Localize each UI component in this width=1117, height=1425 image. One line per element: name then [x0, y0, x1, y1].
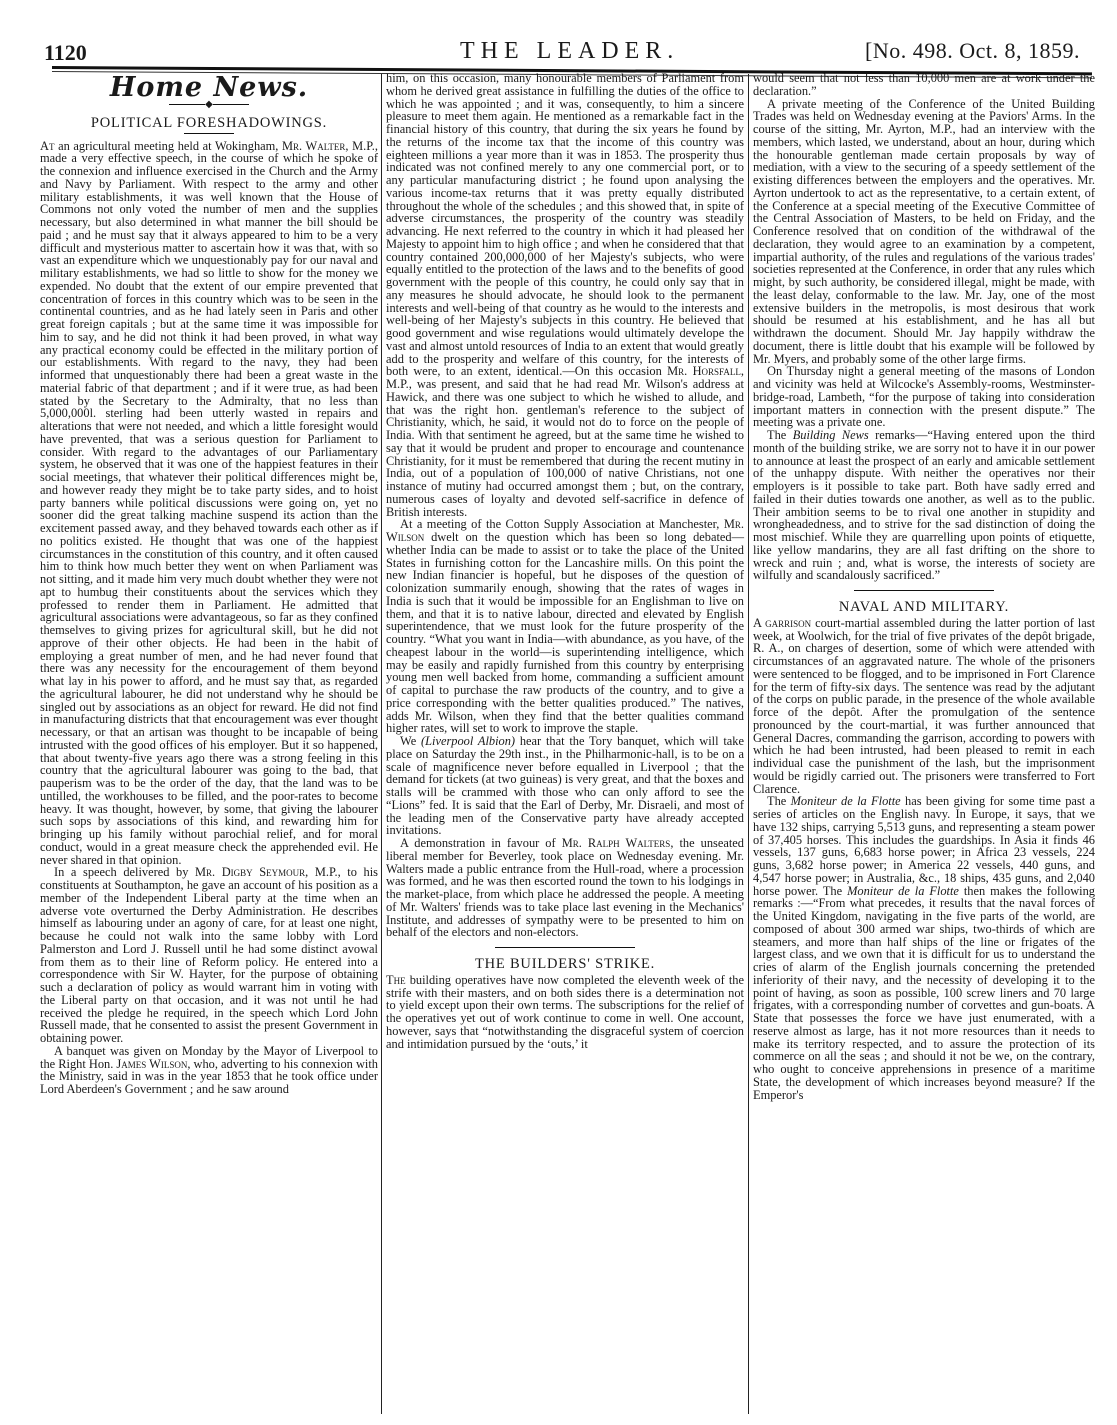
section-separator [854, 590, 994, 591]
text-run: remarks—“Having entered upon the third m… [753, 428, 1095, 582]
section-separator [495, 947, 635, 948]
article-paragraph: The Moniteur de la Flotte has been givin… [753, 795, 1095, 1101]
article-paragraph: On Thursday night a general meeting of t… [753, 365, 1095, 429]
column-2: him, on this occasion, many honourable m… [386, 72, 744, 1050]
text-run: building operatives have now completed t… [386, 973, 744, 1051]
masthead-title: THE LEADER. [460, 38, 679, 65]
article-paragraph: him, on this occasion, many honourable m… [386, 72, 744, 518]
article-paragraph: We (Liverpool Albion) hear that the Tory… [386, 735, 744, 837]
text-run: hear that the Tory banquet, which will t… [386, 734, 744, 837]
column-divider [381, 74, 382, 1414]
column-1: Home News. ◆ POLITICAL FORESHADOWINGS. A… [40, 72, 378, 1096]
page-number: 1120 [44, 40, 87, 66]
section-title: NAVAL AND MILITARY. [753, 601, 1095, 614]
text-run: , M.P., made a very effective speech, in… [40, 139, 378, 867]
ornament-divider-icon: ◆ [40, 101, 378, 109]
text-run: then makes the following remarks :—“From… [753, 884, 1095, 1102]
section-title: POLITICAL FORESHADOWINGS. [40, 117, 378, 130]
text-run: him, on this occasion, many honourable m… [386, 71, 744, 378]
text-run: court-martial assembled during the latte… [753, 616, 1095, 796]
text-run: dwelt on the question which has been so … [386, 530, 744, 735]
department-heading: Home News. [40, 82, 378, 95]
article-paragraph: would seem that not less than 10,000 men… [753, 72, 1095, 98]
column-divider [748, 74, 749, 1414]
text-run: has been giving for some time past a ser… [753, 794, 1095, 897]
section-title: THE BUILDERS' STRIKE. [386, 958, 744, 971]
article-paragraph: In a speech delivered by Mr. Digby Seymo… [40, 866, 378, 1045]
article-paragraph: The building operatives have now complet… [386, 974, 744, 1051]
article-paragraph: A demonstration in favour of Mr. Ralph W… [386, 837, 744, 939]
article-paragraph: A banquet was given on Monday by the May… [40, 1045, 378, 1096]
article-paragraph: The Building News remarks—“Having entere… [753, 429, 1095, 582]
article-paragraph: A private meeting of the Conference of t… [753, 98, 1095, 366]
short-rule [184, 133, 234, 134]
column-3: would seem that not less than 10,000 men… [753, 72, 1095, 1101]
issue-date: [No. 498. Oct. 8, 1859. [865, 38, 1080, 64]
article-paragraph: A garrison court-martial assembled durin… [753, 617, 1095, 796]
page-header: 1120 THE LEADER. [No. 498. Oct. 8, 1859. [40, 40, 1080, 62]
article-paragraph: At an agricultural meeting held at Wokin… [40, 140, 378, 867]
text-run: , M.P., was present, and said that he ha… [386, 364, 744, 518]
article-paragraph: At a meeting of the Cotton Supply Associ… [386, 518, 744, 735]
text-run: , M.P., to his constituents at Southampt… [40, 865, 378, 1045]
text-run: , the unseated liberal member for Beverl… [386, 836, 744, 939]
